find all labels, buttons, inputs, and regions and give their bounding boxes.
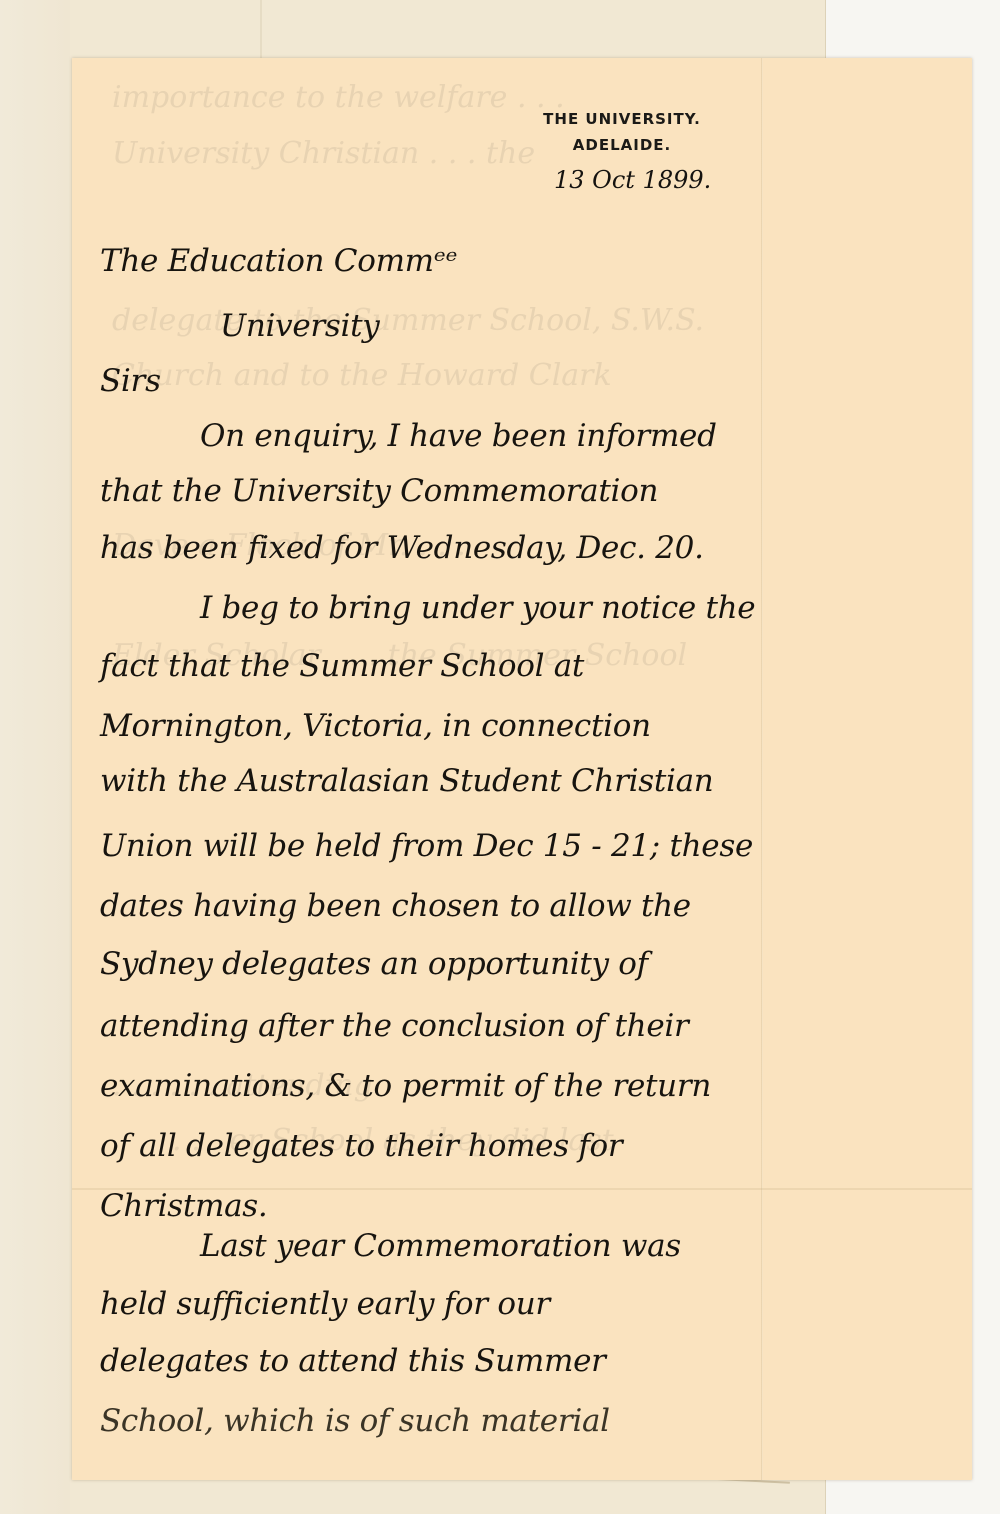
body-line: has been fixed for Wednesday, Dec. 20.: [100, 530, 1000, 566]
body-line: dates having been chosen to allow the: [100, 888, 1000, 924]
body-line: Sydney delegates an opportunity of: [100, 946, 1000, 982]
body-line: School, which is of such material: [100, 1403, 1000, 1439]
body-line: that the University Commemoration: [100, 473, 1000, 509]
letterhead-city: ADELAIDE.: [512, 132, 732, 158]
body-line: fact that the Summer School at: [100, 648, 1000, 684]
body-line: of all delegates to their homes for: [100, 1128, 1000, 1164]
paper-crease: [260, 0, 262, 60]
body-line: delegates to attend this Summer: [100, 1343, 1000, 1379]
body-line: Union will be held from Dec 15 - 21; the…: [100, 828, 1000, 864]
body-line: with the Australasian Student Christian: [100, 763, 1000, 799]
body-line: examinations, & to permit of the return: [100, 1068, 1000, 1104]
bleed-through-text: University Christian . . . the: [112, 136, 535, 171]
letter-page: importance to the welfare . . . Universi…: [72, 58, 972, 1480]
letter-date: 13 Oct 1899.: [554, 166, 711, 194]
letterhead: THE UNIVERSITY. ADELAIDE.: [512, 106, 732, 158]
addressee-line-1: The Education Commᵉᵉ: [100, 243, 1000, 279]
body-line: Christmas.: [100, 1188, 1000, 1224]
underlying-page-edge: [0, 0, 70, 1514]
bleed-through-text: importance to the welfare . . .: [112, 80, 565, 115]
body-line: I beg to bring under your notice the: [200, 590, 1000, 626]
body-line: held sufficiently early for our: [100, 1286, 1000, 1322]
addressee-line-2: University: [220, 308, 1000, 344]
body-line: Last year Commemoration was: [200, 1228, 1000, 1264]
body-line: attending after the conclusion of their: [100, 1008, 1000, 1044]
letterhead-institution: THE UNIVERSITY.: [512, 106, 732, 132]
body-line: On enquiry, I have been informed: [200, 418, 1000, 454]
salutation: Sirs: [100, 363, 1000, 399]
body-line: Mornington, Victoria, in connection: [100, 708, 1000, 744]
